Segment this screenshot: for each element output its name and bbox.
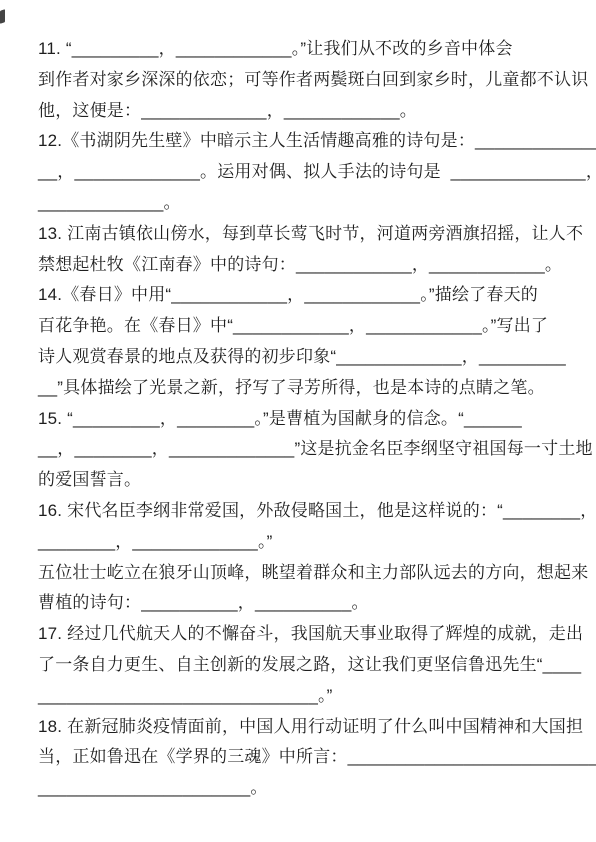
q12-line-3: _____________。 [38, 188, 560, 219]
q12-line-1: 12.《书湖阴先生壁》中暗示主人生活情趣高雅的诗句是：_____________ [38, 126, 560, 157]
scan-artifact-mark [0, 9, 5, 24]
q16-line-3: 五位壮士屹立在狼牙山顶峰，眺望着群众和主力部队远去的方向，想起来 [38, 558, 560, 589]
q15-line-1: 15. “_________，________。”是曹植为国献身的信念。“___… [38, 404, 560, 435]
q14-line-4: __”具体描绘了光景之新，抒写了寻芳所得，也是本诗的点睛之笔。 [38, 373, 560, 404]
q17-line-2: 了一条自力更生、自主创新的发展之路，这让我们更坚信鲁迅先生“____ [38, 650, 560, 681]
question-18: 18. 在新冠肺炎疫情面前，中国人用行动证明了什么叫中国精神和大国担 当，正如鲁… [38, 712, 560, 804]
question-12: 12.《书湖阴先生壁》中暗示主人生活情趣高雅的诗句是：_____________… [38, 126, 560, 218]
question-15: 15. “_________，________。”是曹植为国献身的信念。“___… [38, 404, 560, 496]
q11-line-1: 11. “_________，____________。”让我们从不改的乡音中体… [38, 34, 560, 65]
q15-line-2: __，________，_____________”这是抗金名臣李纲坚守祖国每一… [38, 434, 560, 465]
q18-line-1: 18. 在新冠肺炎疫情面前，中国人用行动证明了什么叫中国精神和大国担 [38, 712, 560, 743]
question-11: 11. “_________，____________。”让我们从不改的乡音中体… [38, 34, 560, 126]
q16-line-4: 曹植的诗句：__________，__________。 [38, 588, 560, 619]
q15-line-3: 的爱国誓言。 [38, 465, 560, 496]
question-13: 13. 江南古镇依山傍水，每到草长莺飞时节，河道两旁酒旗招摇，让人不 禁想起杜牧… [38, 219, 560, 281]
question-16: 16. 宋代名臣李纲非常爱国，外敌侵略国土，他是这样说的：“________， … [38, 496, 560, 619]
q16-line-2: ________，_____________。” [38, 527, 560, 558]
q13-line-1: 13. 江南古镇依山傍水，每到草长莺飞时节，河道两旁酒旗招摇，让人不 [38, 219, 560, 250]
q18-line-2: 当，正如鲁迅在《学界的三魂》中所言：______________________… [38, 742, 560, 773]
q11-line-2: 到作者对家乡深深的依恋；可等作者两鬓斑白回到家乡时，儿童都不认识 [38, 65, 560, 96]
worksheet-page: 11. “_________，____________。”让我们从不改的乡音中体… [0, 0, 596, 842]
q16-line-1: 16. 宋代名臣李纲非常爱国，外敌侵略国土，他是这样说的：“________， [38, 496, 560, 527]
q14-line-1: 14.《春日》中用“____________，____________。”描绘了… [38, 280, 560, 311]
q14-line-2: 百花争艳。在《春日》中“____________，____________。”写… [38, 311, 560, 342]
question-14: 14.《春日》中用“____________，____________。”描绘了… [38, 280, 560, 403]
q12-line-2: __，_____________。运用对偶、拟人手法的诗句是 _________… [38, 157, 560, 188]
worksheet-body: 11. “_________，____________。”让我们从不改的乡音中体… [38, 34, 560, 804]
q11-line-3: 他，这便是：_____________，____________。 [38, 96, 560, 127]
question-17: 17. 经过几代航天人的不懈奋斗，我国航天事业取得了辉煌的成就，走出 了一条自力… [38, 619, 560, 711]
q18-line-3: ______________________。 [38, 773, 560, 804]
q13-line-2: 禁想起杜牧《江南春》中的诗句：____________，____________… [38, 250, 560, 281]
q17-line-3: _____________________________。” [38, 681, 560, 712]
q14-line-3: 诗人观赏春景的地点及获得的初步印象“_____________，________… [38, 342, 560, 373]
q17-line-1: 17. 经过几代航天人的不懈奋斗，我国航天事业取得了辉煌的成就，走出 [38, 619, 560, 650]
